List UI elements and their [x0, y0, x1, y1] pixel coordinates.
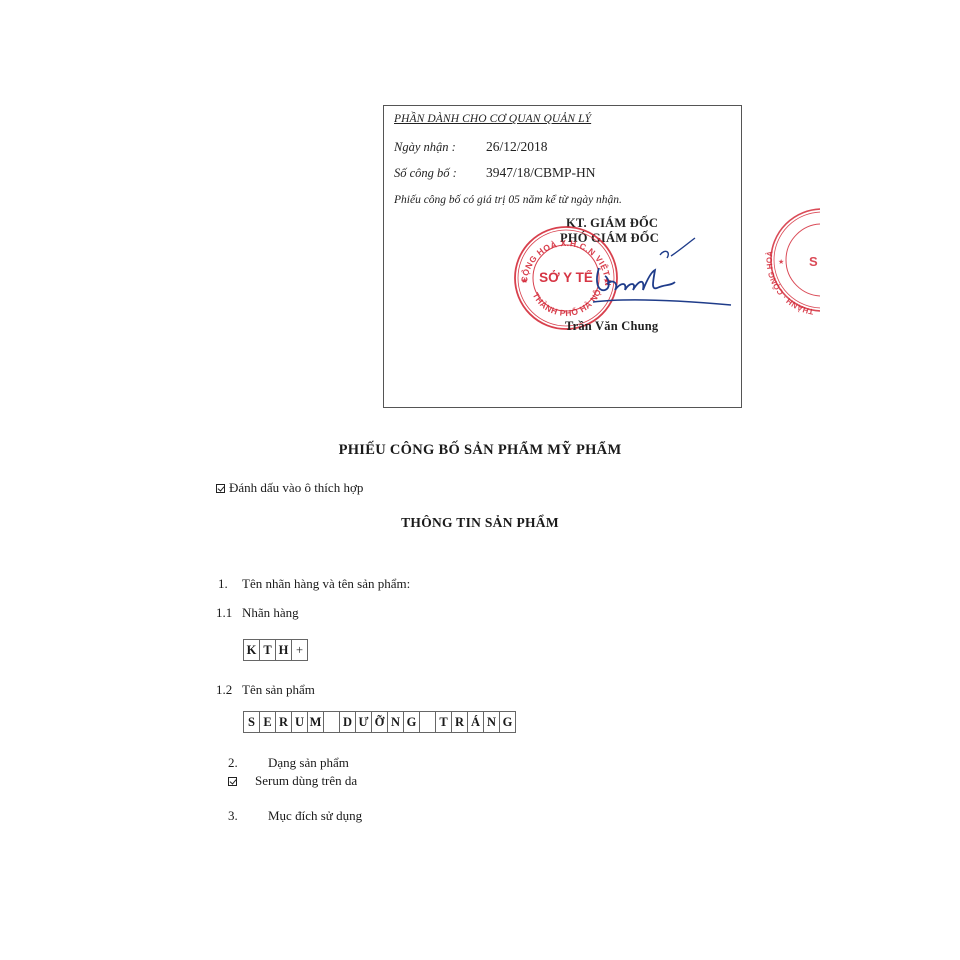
item-1-1-label: Nhãn hàng: [242, 605, 299, 620]
item-1-number: 1.: [218, 576, 242, 592]
letter-cell: [420, 712, 436, 732]
stamp-partial-right: THÀNH · CỘNG HOÀ S ★: [760, 200, 820, 330]
item-1-1: 1.1Nhãn hàng: [216, 605, 299, 621]
item-3-label: Mục đích sử dụng: [268, 808, 362, 823]
letter-cell: +: [292, 640, 308, 660]
letter-cell: R: [452, 712, 468, 732]
received-date-value: 26/12/2018: [486, 139, 548, 155]
letter-cell: M: [308, 712, 324, 732]
product-name-grid: SERUMDƯỠNGTRÁNG: [243, 711, 516, 733]
brand-name-grid: KTH+: [243, 639, 308, 661]
letter-cell: D: [340, 712, 356, 732]
checked-box-icon: [228, 777, 237, 786]
svg-text:S: S: [809, 254, 818, 269]
letter-cell: [324, 712, 340, 732]
letter-cell: T: [260, 640, 276, 660]
letter-cell: N: [388, 712, 404, 732]
signer-name: Trần Văn Chung: [565, 319, 658, 334]
letter-cell: G: [404, 712, 420, 732]
svg-text:★: ★: [778, 258, 784, 266]
mark-instruction-text: Đánh dấu vào ô thích hợp: [229, 480, 363, 495]
letter-cell: R: [276, 712, 292, 732]
item-3-number: 3.: [228, 808, 268, 824]
letter-cell: T: [436, 712, 452, 732]
svg-text:★: ★: [521, 276, 528, 285]
letter-cell: G: [500, 712, 516, 732]
letter-cell: H: [276, 640, 292, 660]
section-title: THÔNG TIN SẢN PHẨM: [0, 515, 960, 531]
item-2-option: Serum dùng trên da: [228, 773, 357, 789]
mark-instruction: Đánh dấu vào ô thích hợp: [216, 480, 363, 496]
item-2-number: 2.: [228, 755, 268, 771]
letter-cell: U: [292, 712, 308, 732]
letter-cell: Á: [468, 712, 484, 732]
received-date-label: Ngày nhận :: [394, 140, 456, 155]
letter-cell: K: [244, 640, 260, 660]
letter-cell: E: [260, 712, 276, 732]
item-1-1-number: 1.1: [216, 605, 242, 621]
validity-note: Phiếu công bố có giá trị 05 năm kể từ ng…: [394, 194, 622, 206]
item-1: 1.Tên nhãn hàng và tên sản phẩm:: [218, 576, 410, 592]
item-3: 3.Mục đích sử dụng: [228, 808, 362, 824]
management-box-heading: PHẦN DÀNH CHO CƠ QUAN QUẢN LÝ: [394, 113, 591, 125]
item-1-label: Tên nhãn hàng và tên sản phẩm:: [242, 576, 410, 591]
letter-cell: N: [484, 712, 500, 732]
checked-box-icon: [216, 484, 225, 493]
item-2: 2.Dạng sản phẩm: [228, 755, 349, 771]
item-1-2: 1.2Tên sản phẩm: [216, 682, 315, 698]
handwritten-signature: [585, 232, 735, 312]
svg-text:THÀNH · CỘNG HOÀ: THÀNH · CỘNG HOÀ: [765, 250, 814, 316]
item-1-2-number: 1.2: [216, 682, 242, 698]
announcement-number-value: 3947/18/CBMP-HN: [486, 165, 596, 181]
letter-cell: Ư: [356, 712, 372, 732]
item-1-2-label: Tên sản phẩm: [242, 682, 315, 697]
letter-cell: Ỡ: [372, 712, 388, 732]
item-2-option-label: Serum dùng trên da: [255, 773, 357, 788]
letter-cell: S: [244, 712, 260, 732]
item-2-label: Dạng sản phẩm: [268, 755, 349, 770]
document-title: PHIẾU CÔNG BỐ SẢN PHẨM MỸ PHẨM: [0, 442, 960, 459]
announcement-number-label: Số công bố :: [394, 166, 457, 181]
